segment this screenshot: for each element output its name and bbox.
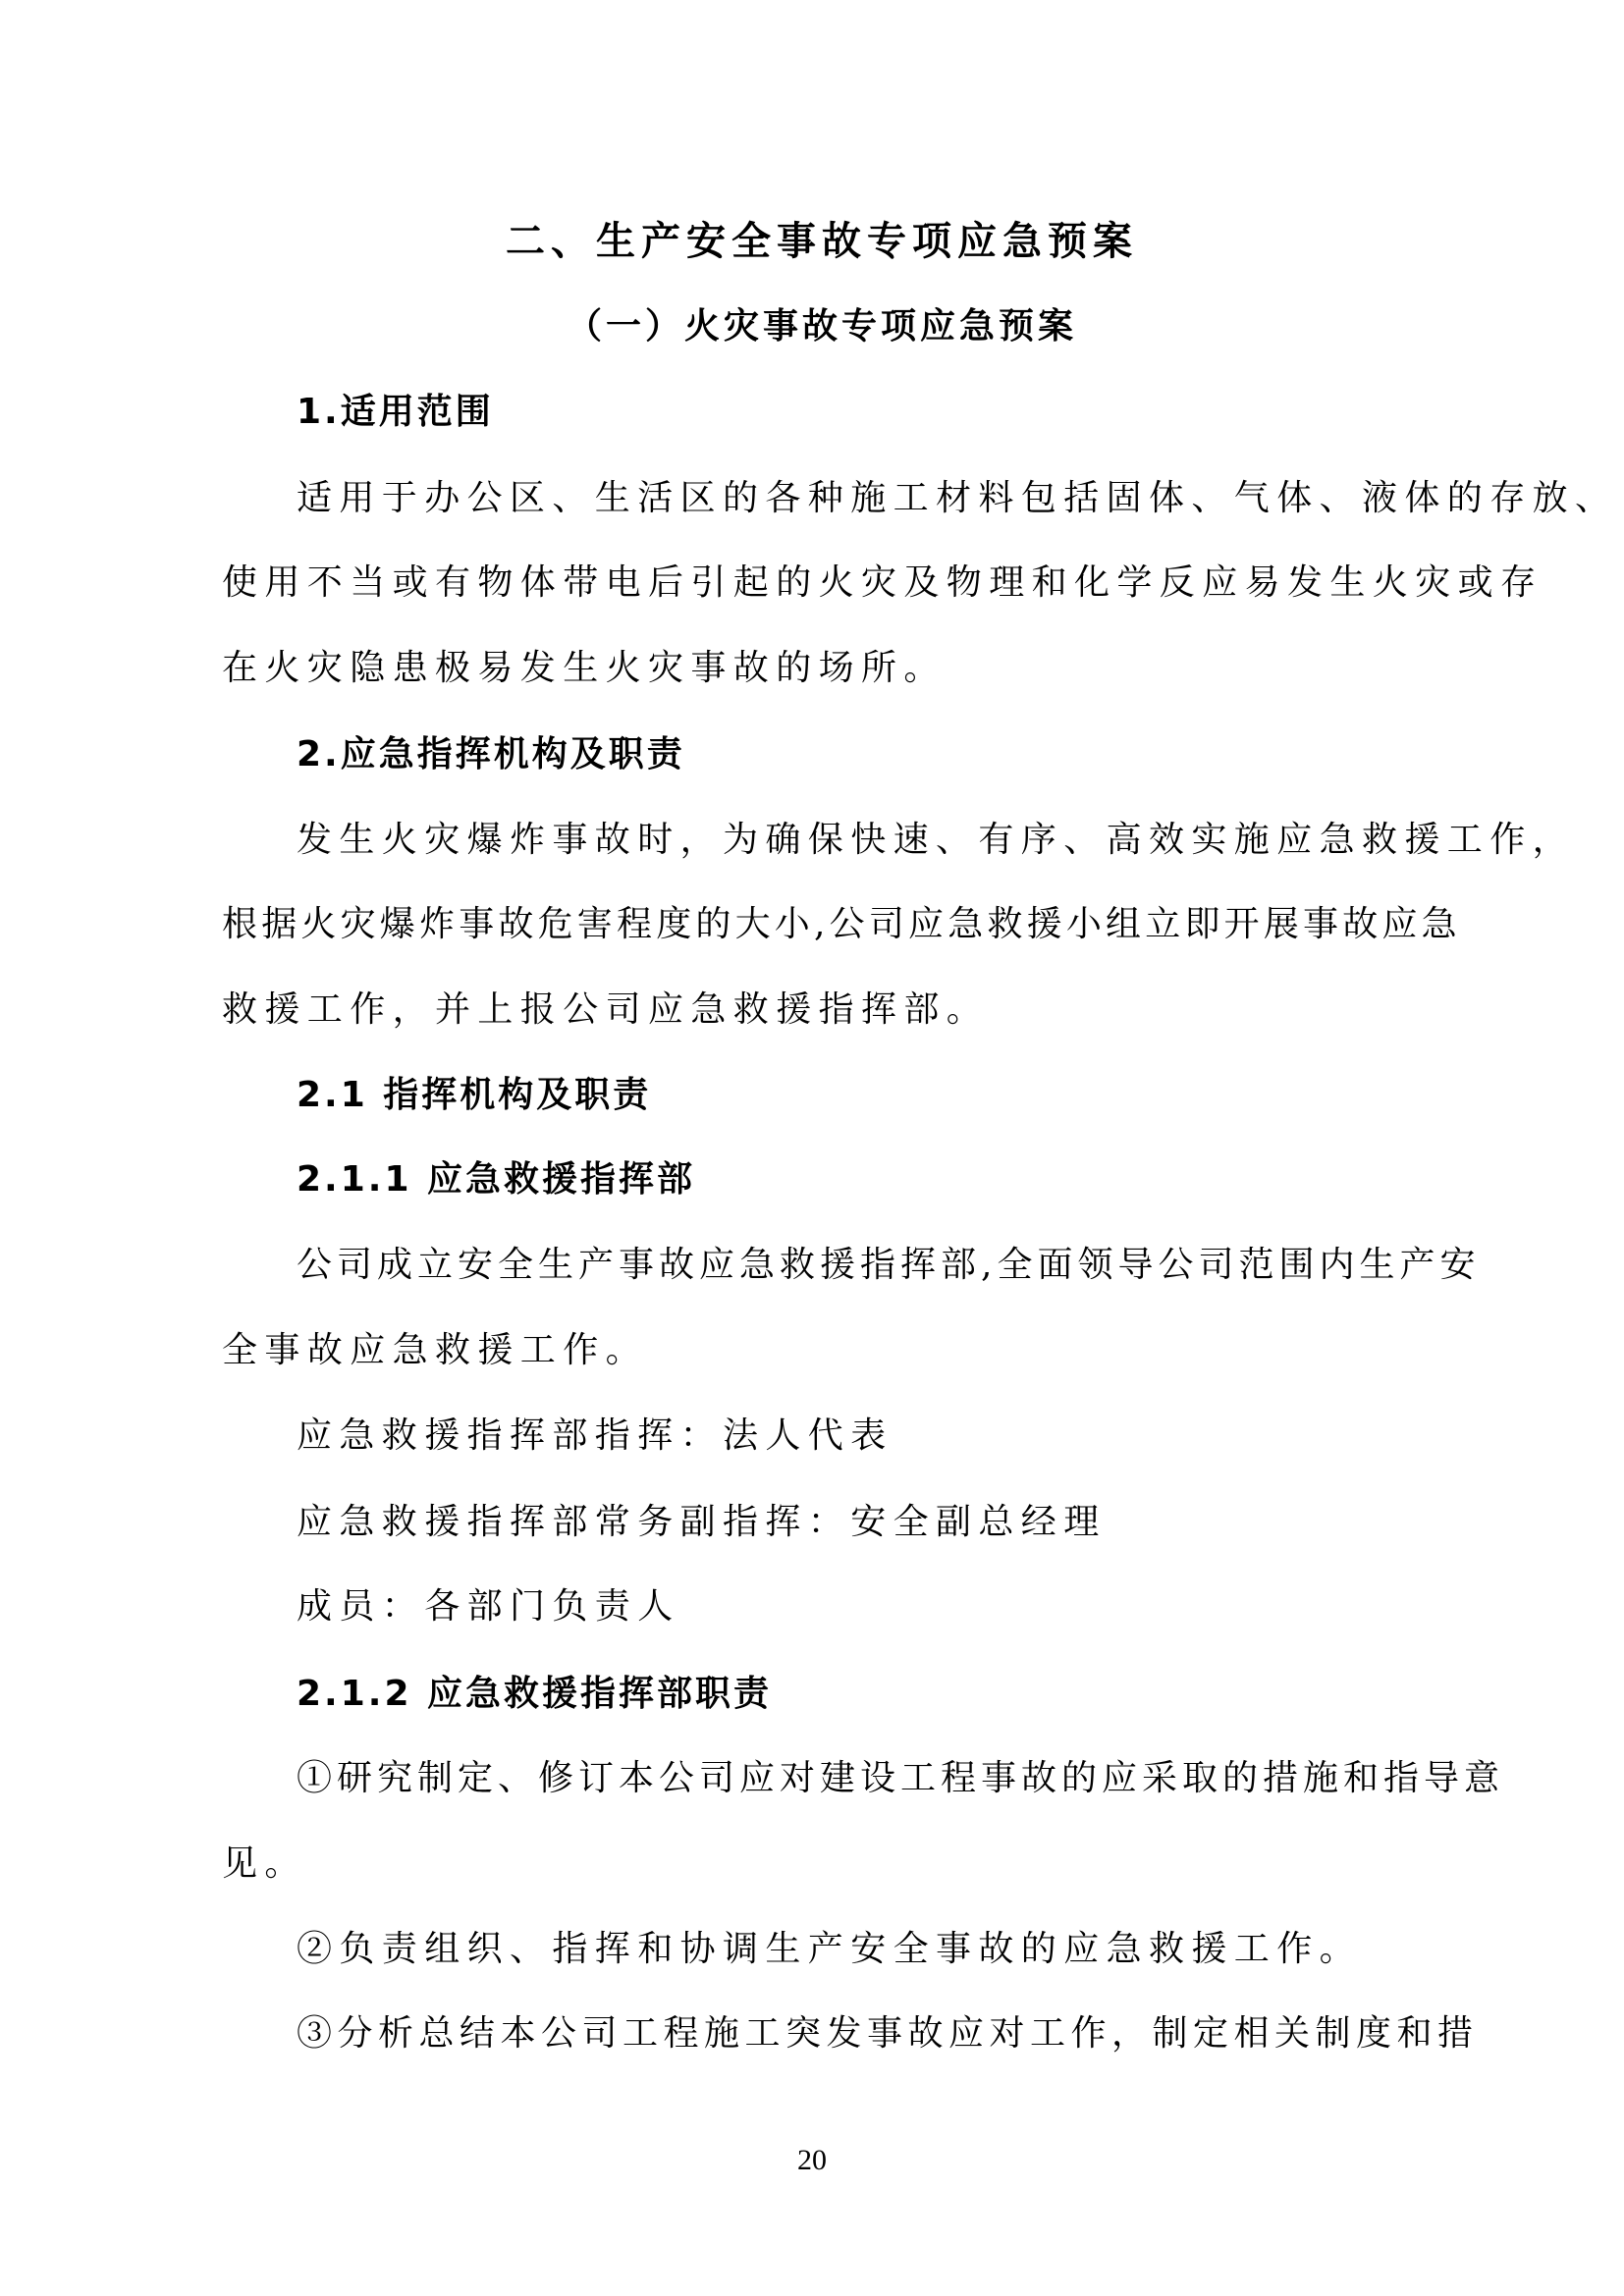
paragraph-line: 适用于办公区、生活区的各种施工材料包括固体、气体、液体的存放、 xyxy=(297,477,1508,520)
heading-2-1-1: 2.1.1 应急救援指挥部 xyxy=(297,1158,1508,1201)
chapter-title: 二、生产安全事故专项应急预案 xyxy=(0,216,1624,267)
paragraph-line: 使用不当或有物体带电后引起的火灾及物理和化学反应易发生火灾或存 xyxy=(222,561,1434,605)
paragraph-line: 在火灾隐患极易发生火灾事故的场所。 xyxy=(222,647,1434,690)
duty-item-3: ③分析总结本公司工程施工突发事故应对工作，制定相关制度和措 xyxy=(297,2012,1508,2056)
heading-2-1-2: 2.1.2 应急救援指挥部职责 xyxy=(297,1673,1508,1716)
paragraph-line: 救援工作，并上报公司应急救援指挥部。 xyxy=(222,988,1434,1032)
page-number: 20 xyxy=(0,2144,1624,2177)
paragraph-line: 发生火灾爆炸事故时，为确保快速、有序、高效实施应急救援工作， xyxy=(297,819,1508,862)
section-subtitle: （一）火灾事故专项应急预案 xyxy=(0,304,1624,349)
role-deputy-commander: 应急救援指挥部常务副指挥：安全副总经理 xyxy=(297,1501,1508,1544)
paragraph-line: 根据火灾爆炸事故危害程度的大小,公司应急救援小组立即开展事故应急 xyxy=(222,903,1434,946)
paragraph-line: 全事故应急救援工作。 xyxy=(222,1329,1434,1372)
document-page: 二、生产安全事故专项应急预案 （一）火灾事故专项应急预案 1.适用范围 适用于办… xyxy=(0,0,1624,2296)
role-commander: 应急救援指挥部指挥：法人代表 xyxy=(297,1415,1508,1458)
heading-2-1: 2.1 指挥机构及职责 xyxy=(297,1074,1508,1117)
heading-scope: 1.适用范围 xyxy=(297,391,1508,434)
paragraph-line: 公司成立安全生产事故应急救援指挥部,全面领导公司范围内生产安 xyxy=(297,1244,1508,1287)
duty-item-1: ①研究制定、修订本公司应对建设工程事故的应采取的措施和指导意 xyxy=(297,1757,1508,1800)
duty-item-2: ②负责组织、指挥和协调生产安全事故的应急救援工作。 xyxy=(297,1928,1508,1971)
duty-item-1-cont: 见。 xyxy=(222,1842,1434,1886)
role-members: 成员：各部门负责人 xyxy=(297,1585,1508,1629)
heading-command-structure: 2.应急指挥机构及职责 xyxy=(297,733,1508,776)
